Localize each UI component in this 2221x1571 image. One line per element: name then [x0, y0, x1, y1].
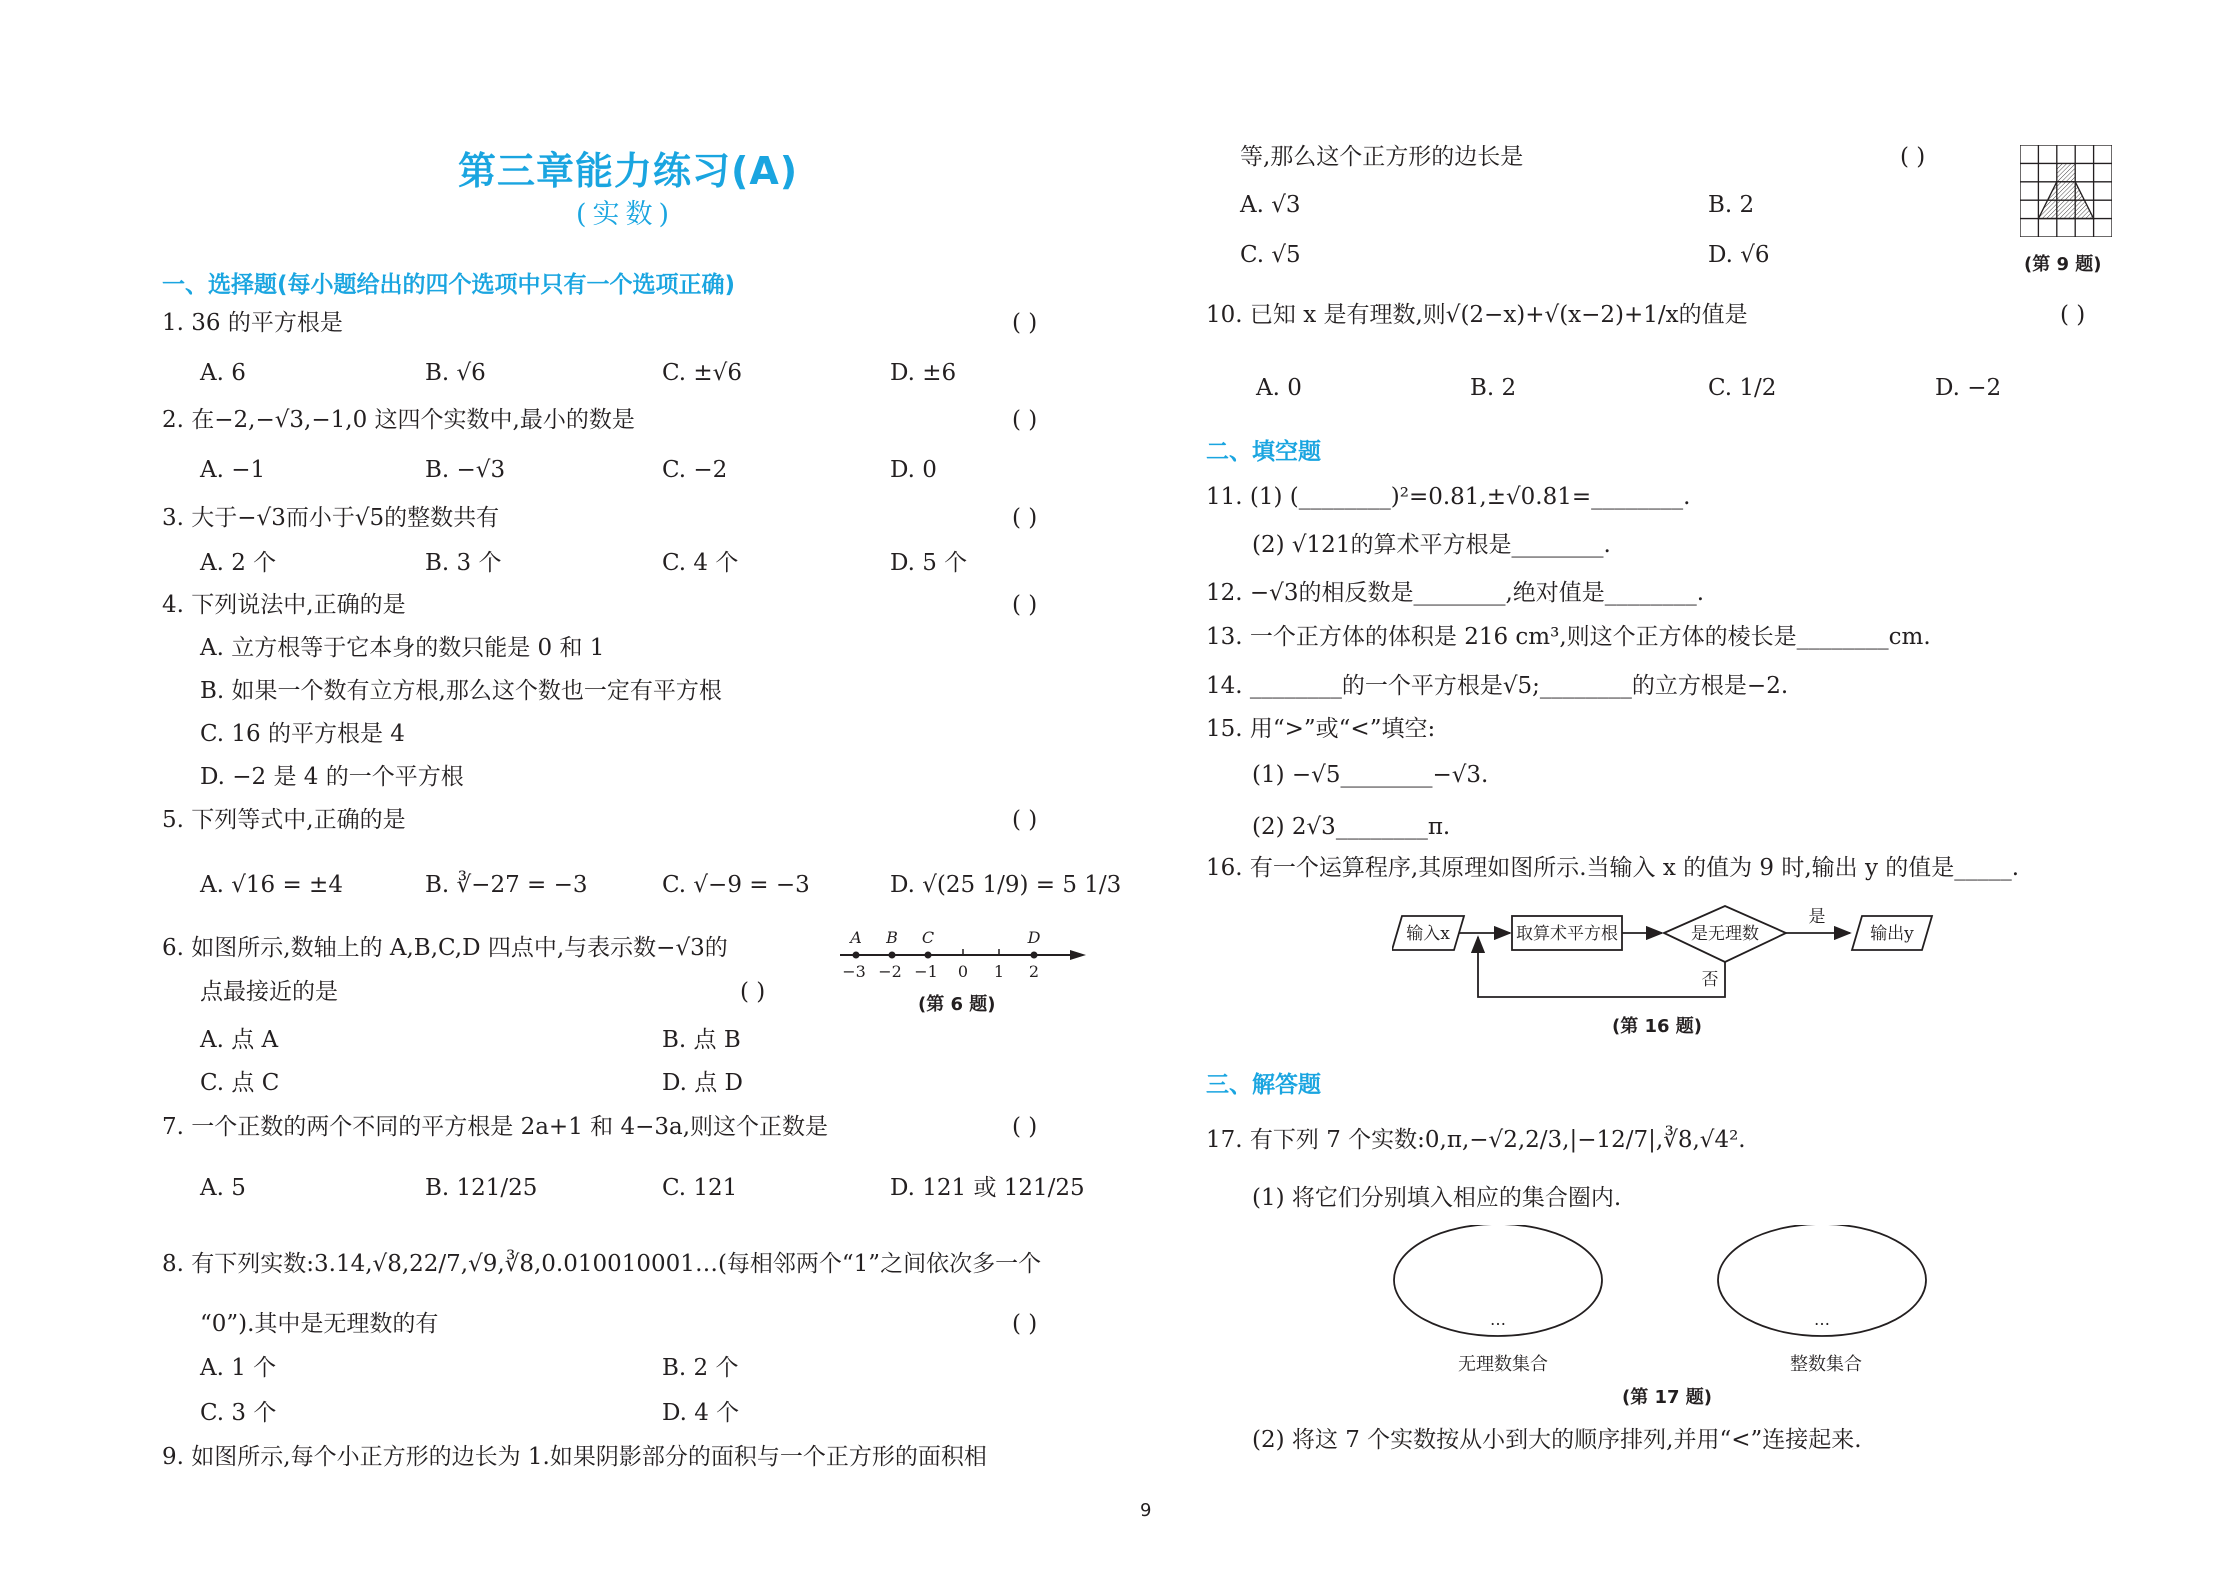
- svg-text:…: …: [1814, 1310, 1830, 1329]
- option-c: C. 3 个: [200, 1398, 276, 1428]
- question-number: 7.: [162, 1114, 184, 1140]
- question-number: 17.: [1206, 1127, 1243, 1153]
- question-15-part1[interactable]: (1) −√5________−√3.: [1252, 760, 1488, 790]
- question-15: 15. 用“>”或“<”填空:: [1206, 714, 1435, 744]
- question-text[interactable]: ________的一个平方根是√5;________的立方根是−2.: [1250, 673, 1788, 699]
- option-b: B. 3 个: [425, 548, 501, 578]
- answer-blank[interactable]: ( ): [1012, 503, 1037, 533]
- question-text: 有下列 7 个实数:0,π,−√2,2/3,|−12/7|,∛8,√4².: [1250, 1127, 1746, 1153]
- option-a: A. 2 个: [200, 548, 276, 578]
- option-b: B. 121/25: [425, 1173, 537, 1203]
- svg-text:是: 是: [1809, 907, 1826, 927]
- question-7: 7. 一个正数的两个不同的平方根是 2a+1 和 4−3a,则这个正数是: [162, 1112, 828, 1142]
- option-c: C. 点 C: [200, 1068, 279, 1098]
- question-number: 5.: [162, 807, 184, 833]
- question-5: 5. 下列等式中,正确的是: [162, 805, 406, 835]
- svg-text:是无理数: 是无理数: [1691, 924, 1759, 944]
- option-a: A. √3: [1240, 190, 1301, 220]
- option-a: A. 1 个: [200, 1353, 276, 1383]
- question-15-part2[interactable]: (2) 2√3________π.: [1252, 812, 1450, 842]
- answer-blank[interactable]: ( ): [1012, 308, 1037, 338]
- svg-text:1: 1: [994, 962, 1004, 981]
- grid-figure: [2020, 145, 2112, 237]
- figure-caption-6: (第 6 题): [918, 990, 996, 1016]
- question-16: 16. 有一个运算程序,其原理如图所示.当输入 x 的值为 9 时,输出 y 的…: [1206, 853, 2019, 883]
- question-12: 12. −√3的相反数是________,绝对值是________.: [1206, 578, 1704, 608]
- option-a: A. 点 A: [200, 1025, 278, 1055]
- answer-blank[interactable]: ( ): [740, 977, 765, 1007]
- option-a: A. 6: [200, 358, 246, 388]
- svg-text:…: …: [1490, 1310, 1506, 1329]
- option-b: B. 点 B: [662, 1025, 741, 1055]
- question-4: 4. 下列说法中,正确的是: [162, 590, 406, 620]
- option-b: B. √6: [425, 358, 486, 388]
- question-stem: 在−2,−√3,−1,0 这四个实数中,最小的数是: [191, 407, 635, 433]
- question-number: 1.: [162, 310, 184, 336]
- svg-text:−1: −1: [914, 962, 938, 981]
- question-9: 9. 如图所示,每个小正方形的边长为 1.如果阴影部分的面积与一个正方形的面积相: [162, 1442, 987, 1472]
- option-b: B. ∛−27 = −3: [425, 870, 588, 900]
- question-stem: 36 的平方根是: [191, 310, 343, 336]
- answer-blank[interactable]: ( ): [1012, 590, 1037, 620]
- svg-text:D: D: [1027, 928, 1041, 947]
- option-c: C. 4 个: [662, 548, 738, 578]
- answer-blank[interactable]: ( ): [1900, 142, 1925, 172]
- option-c: C. 1/2: [1708, 373, 1776, 403]
- answer-blank[interactable]: ( ): [1012, 1112, 1037, 1142]
- figure-caption-16: (第 16 题): [1612, 1012, 1702, 1038]
- question-text: 用“>”或“<”填空:: [1250, 716, 1435, 742]
- svg-text:输入x: 输入x: [1406, 924, 1450, 944]
- question-3: 3. 大于−√3而小于√5的整数共有: [162, 503, 499, 533]
- question-number: 8.: [162, 1251, 184, 1277]
- flowchart-figure: 输入x 取算术平方根 是无理数 是 否 输出y: [1392, 900, 1992, 1015]
- option-c: C. −2: [662, 455, 727, 485]
- option-b: B. 2: [1470, 373, 1516, 403]
- option-d: D. −2: [1935, 373, 2001, 403]
- figure-caption-17: (第 17 题): [1622, 1383, 1712, 1409]
- option-d: D. ±6: [890, 358, 956, 388]
- option-b: B. 2: [1708, 190, 1754, 220]
- question-part-1[interactable]: (1) (________)²=0.81,±√0.81=________.: [1250, 484, 1691, 510]
- question-6: 6. 如图所示,数轴上的 A,B,C,D 四点中,与表示数−√3的: [162, 933, 728, 963]
- question-text[interactable]: 有一个运算程序,其原理如图所示.当输入 x 的值为 9 时,输出 y 的值是__…: [1250, 855, 2019, 881]
- option-c: C. 16 的平方根是 4: [200, 719, 405, 749]
- option-b: B. 如果一个数有立方根,那么这个数也一定有平方根: [200, 676, 722, 706]
- option-d: D. −2 是 4 的一个平方根: [200, 762, 464, 792]
- question-stem: 大于−√3而小于√5的整数共有: [191, 505, 499, 531]
- question-number: 16.: [1206, 855, 1243, 881]
- svg-text:取算术平方根: 取算术平方根: [1516, 923, 1618, 944]
- svg-text:输出y: 输出y: [1870, 924, 1914, 944]
- option-c: C. √5: [1240, 240, 1301, 270]
- svg-text:−2: −2: [878, 962, 902, 981]
- set-diagram: … …: [1390, 1225, 1950, 1345]
- question-stem: 如图所示,每个小正方形的边长为 1.如果阴影部分的面积与一个正方形的面积相: [191, 1444, 987, 1470]
- question-17: 17. 有下列 7 个实数:0,π,−√2,2/3,|−12/7|,∛8,√4²…: [1206, 1125, 1746, 1155]
- number-line-figure: A B C D −3 −2 −1 0 1 2: [838, 925, 1088, 995]
- option-a: A. −1: [200, 455, 265, 485]
- question-stem: 已知 x 是有理数,则√(2−x)+√(x−2)+1/x的值是: [1250, 302, 1748, 328]
- section-heading-fill: 二、填空题: [1206, 433, 1321, 466]
- question-13: 13. 一个正方体的体积是 216 cm³,则这个正方体的棱长是________…: [1206, 622, 1931, 652]
- question-stem: 有下列实数:3.14,√8,22/7,√9,∛8,0.010010001…(每相…: [191, 1251, 1041, 1277]
- question-8-line2: “0”).其中是无理数的有: [200, 1309, 438, 1339]
- answer-blank[interactable]: ( ): [1012, 1309, 1037, 1339]
- question-9-line2: 等,那么这个正方形的边长是: [1240, 142, 1523, 172]
- figure-caption-9: (第 9 题): [2024, 250, 2102, 276]
- option-d: D. 121 或 121/25: [890, 1173, 1085, 1203]
- set-label-irrational: 无理数集合: [1458, 1350, 1548, 1376]
- question-number: 14.: [1206, 673, 1243, 699]
- set-label-integer: 整数集合: [1790, 1350, 1862, 1376]
- option-c: C. ±√6: [662, 358, 742, 388]
- page-subtitle: (实数): [576, 192, 675, 231]
- question-text[interactable]: 一个正方体的体积是 216 cm³,则这个正方体的棱长是________cm.: [1250, 624, 1931, 650]
- question-stem: 下列说法中,正确的是: [191, 592, 405, 618]
- question-number: 12.: [1206, 580, 1243, 606]
- question-text[interactable]: −√3的相反数是________,绝对值是________.: [1250, 580, 1704, 606]
- option-d: D. 5 个: [890, 548, 967, 578]
- page-title: 第三章能力练习(A): [458, 140, 798, 195]
- question-number: 6.: [162, 935, 184, 961]
- option-d: D. √(25 1/9) = 5 1/3: [890, 870, 1121, 900]
- question-number: 4.: [162, 592, 184, 618]
- question-10: 10. 已知 x 是有理数,则√(2−x)+√(x−2)+1/x的值是: [1206, 300, 1748, 330]
- page-number: 9: [1140, 1500, 1151, 1521]
- answer-blank[interactable]: ( ): [2060, 300, 2085, 330]
- question-number: 11.: [1206, 484, 1243, 510]
- option-d: D. √6: [1708, 240, 1770, 270]
- answer-blank[interactable]: ( ): [1012, 405, 1037, 435]
- question-number: 2.: [162, 407, 184, 433]
- question-17-part1: (1) 将它们分别填入相应的集合圈内.: [1252, 1183, 1621, 1213]
- question-8: 8. 有下列实数:3.14,√8,22/7,√9,∛8,0.010010001……: [162, 1249, 1041, 1279]
- question-2: 2. 在−2,−√3,−1,0 这四个实数中,最小的数是: [162, 405, 635, 435]
- option-b: B. 2 个: [662, 1353, 738, 1383]
- question-number: 9.: [162, 1444, 184, 1470]
- question-1: 1. 36 的平方根是: [162, 308, 343, 338]
- question-11: 11. (1) (________)²=0.81,±√0.81=________…: [1206, 482, 1690, 512]
- question-6-line2: 点最接近的是: [200, 977, 338, 1007]
- option-d: D. 4 个: [662, 1398, 739, 1428]
- question-number: 10.: [1206, 302, 1243, 328]
- option-b: B. −√3: [425, 455, 505, 485]
- question-number: 13.: [1206, 624, 1243, 650]
- question-number: 15.: [1206, 716, 1243, 742]
- svg-text:B: B: [885, 928, 898, 947]
- question-17-part2: (2) 将这 7 个实数按从小到大的顺序排列,并用“<”连接起来.: [1252, 1425, 1862, 1455]
- question-stem: 下列等式中,正确的是: [191, 807, 405, 833]
- option-a: A. √16 = ±4: [200, 870, 343, 900]
- section-heading-choice: 一、选择题(每小题给出的四个选项中只有一个选项正确): [162, 266, 735, 299]
- svg-text:A: A: [848, 928, 862, 947]
- svg-text:2: 2: [1029, 962, 1039, 981]
- option-a: A. 0: [1256, 373, 1302, 403]
- svg-text:−3: −3: [842, 962, 866, 981]
- svg-text:C: C: [922, 928, 934, 947]
- question-stem: 一个正数的两个不同的平方根是 2a+1 和 4−3a,则这个正数是: [191, 1114, 828, 1140]
- svg-text:0: 0: [958, 962, 968, 981]
- question-stem: 如图所示,数轴上的 A,B,C,D 四点中,与表示数−√3的: [191, 935, 727, 961]
- question-11-part2[interactable]: (2) √121的算术平方根是________.: [1252, 530, 1611, 560]
- section-heading-answer: 三、解答题: [1206, 1066, 1321, 1099]
- svg-text:否: 否: [1702, 970, 1719, 990]
- option-c: C. √−9 = −3: [662, 870, 810, 900]
- option-a: A. 立方根等于它本身的数只能是 0 和 1: [200, 633, 604, 663]
- question-number: 3.: [162, 505, 184, 531]
- question-14: 14. ________的一个平方根是√5;________的立方根是−2.: [1206, 671, 1788, 701]
- answer-blank[interactable]: ( ): [1012, 805, 1037, 835]
- option-d: D. 0: [890, 455, 937, 485]
- option-d: D. 点 D: [662, 1068, 743, 1098]
- option-c: C. 121: [662, 1173, 737, 1203]
- option-a: A. 5: [200, 1173, 246, 1203]
